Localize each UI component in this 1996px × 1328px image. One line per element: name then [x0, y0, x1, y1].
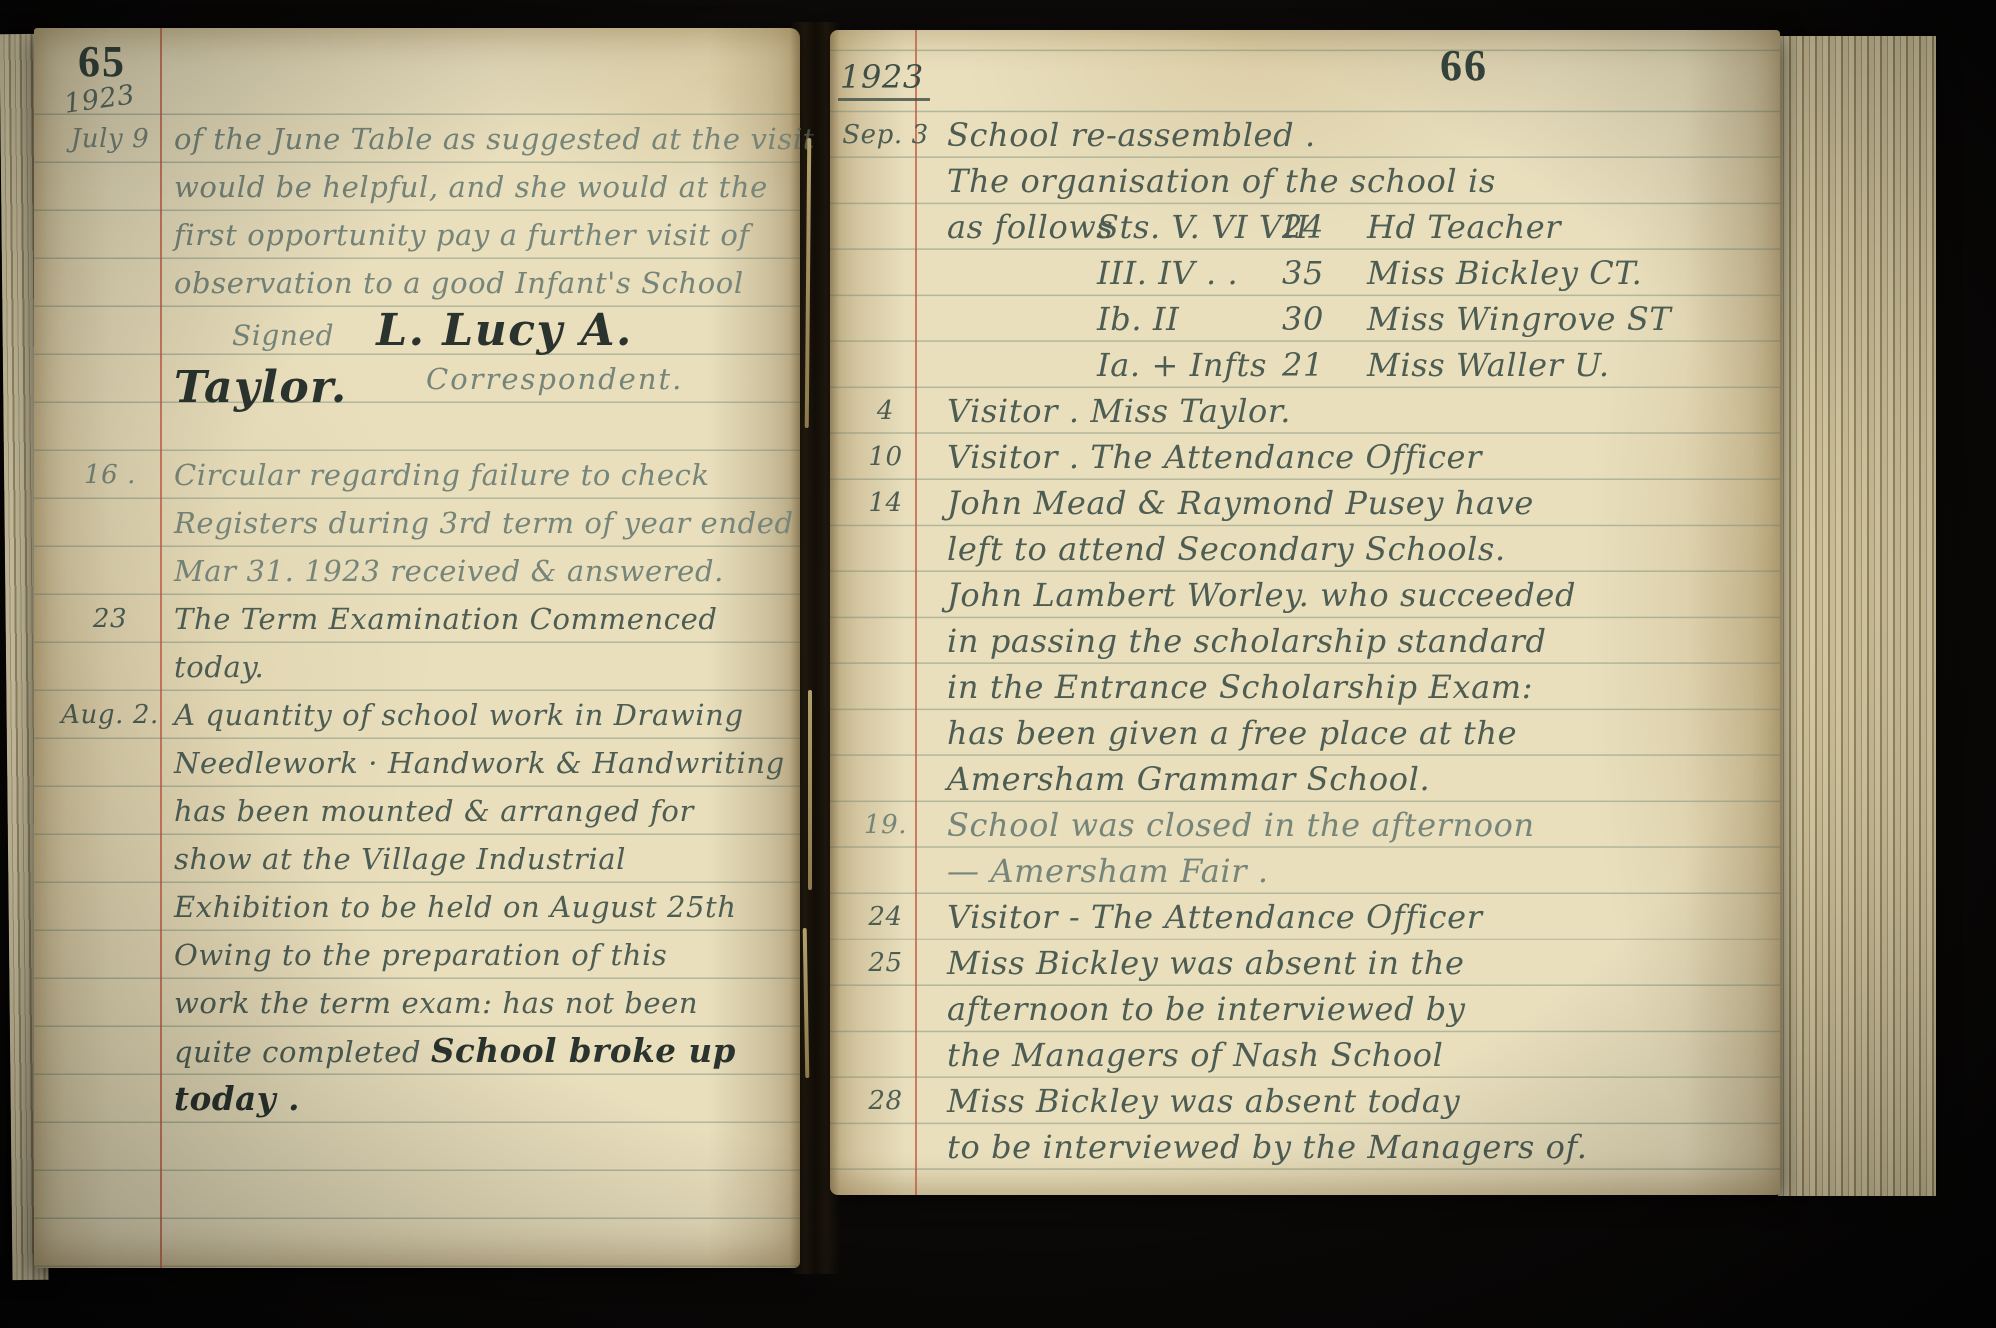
page-edges-right — [1778, 36, 1936, 1196]
entry-line: John Lambert Worley. who succeeded — [947, 572, 1762, 618]
entry-date: 10 — [838, 434, 933, 480]
entry-line: John Mead & Raymond Pusey have — [947, 480, 1762, 526]
entry-line: in passing the scholarship standard — [947, 618, 1762, 664]
binding-thread — [808, 690, 812, 890]
organisation-row: as followsSts. V. VI VII24Hd Teacher — [947, 204, 1762, 250]
entry-line: Exhibition to be held on August 25th — [174, 883, 774, 931]
entry-date: 24 — [838, 894, 933, 940]
entry-line: Needlework · Handwork & Handwriting — [174, 739, 774, 787]
logbook-page-left: 65 1923 July 9of the June Table as sugge… — [34, 28, 800, 1268]
logbook-page-right: 66 1923 Sep. 3School re-assembled .The o… — [830, 30, 1780, 1195]
class-standards: III. IV . . — [1097, 250, 1282, 296]
logbook-entry: SignedL. Lucy A. Taylor.Correspondent. — [60, 307, 774, 403]
entry-line: School was closed in the afternoon — [947, 802, 1762, 848]
entry-line: has been mounted & arranged for — [174, 787, 774, 835]
entry-line: show at the Village Industrial — [174, 835, 774, 883]
pupil-count: 30 — [1282, 296, 1367, 342]
entry-line: Mar 31. 1923 received & answered. — [174, 547, 774, 595]
class-standards: Ib. II — [1097, 296, 1282, 342]
photo-background: 65 1923 July 9of the June Table as sugge… — [0, 0, 1996, 1328]
logbook-entry: 25Miss Bickley was absent in theafternoo… — [838, 940, 1762, 1078]
page-number: 66 — [1440, 40, 1488, 91]
organisation-row: Ib. II30Miss Wingrove ST — [947, 296, 1762, 342]
entry-line: Miss Bickley was absent today — [947, 1078, 1762, 1124]
year-note: 1923 — [62, 79, 137, 120]
entry-line: Visitor . The Attendance Officer — [947, 434, 1762, 480]
entry-line: in the Entrance Scholarship Exam: — [947, 664, 1762, 710]
left-page-entries: July 9of the June Table as suggested at … — [60, 115, 774, 1123]
entry-date: 14 — [838, 480, 933, 526]
entry-date: 25 — [838, 940, 933, 986]
entry-body: SignedL. Lucy A. Taylor.Correspondent. — [160, 307, 774, 403]
right-page-entries: Sep. 3School re-assembled .The organisat… — [838, 112, 1762, 1170]
entry-body: The Term Examination Commencedtoday. — [160, 595, 774, 691]
logbook-entry: 19.School was closed in the afternoon— A… — [838, 802, 1762, 894]
entry-body: Visitor . Miss Taylor. — [933, 388, 1762, 434]
entry-body: School re-assembled .The organisation of… — [933, 112, 1762, 388]
entry-line: Miss Bickley was absent in the — [947, 940, 1762, 986]
entry-date: July 9 — [60, 115, 160, 163]
logbook-entry: 16 .Circular regarding failure to checkR… — [60, 451, 774, 595]
entry-segment: School broke up — [431, 1032, 736, 1070]
entry-body: Miss Bickley was absent in theafternoon … — [933, 940, 1762, 1078]
entry-body: of the June Table as suggested at the vi… — [160, 115, 774, 307]
entry-body: A quantity of school work in DrawingNeed… — [160, 691, 774, 1123]
entry-line: Visitor . Miss Taylor. — [947, 388, 1762, 434]
entry-line: of the June Table as suggested at the vi… — [174, 115, 774, 163]
entry-date: 28 — [838, 1078, 933, 1124]
entry-line: today . — [174, 1075, 774, 1123]
entry-line: left to attend Secondary Schools. — [947, 526, 1762, 572]
entry-body: Visitor - The Attendance Officer — [933, 894, 1762, 940]
logbook-entry: 28Miss Bickley was absent todayto be int… — [838, 1078, 1762, 1170]
entry-line: The organisation of the school is — [947, 158, 1762, 204]
signed-label: Signed — [232, 319, 334, 352]
entry-line: to be interviewed by the Managers of. — [947, 1124, 1762, 1170]
teacher-name: Miss Wingrove ST — [1367, 300, 1671, 338]
organisation-row: III. IV . .35Miss Bickley CT. — [947, 250, 1762, 296]
logbook-entry: 24Visitor - The Attendance Officer — [838, 894, 1762, 940]
page-number: 65 — [78, 36, 126, 87]
entry-line: Circular regarding failure to check — [174, 451, 774, 499]
entry-date: Aug. 2. — [60, 691, 160, 739]
entry-line: Owing to the preparation of this — [174, 931, 774, 979]
entry-line: first opportunity pay a further visit of — [174, 211, 774, 259]
entry-line: work the term exam: has not been — [174, 979, 774, 1027]
year-heading: 1923 — [838, 58, 930, 101]
entry-body: Miss Bickley was absent todayto be inter… — [933, 1078, 1762, 1170]
entry-line: observation to a good Infant's School — [174, 259, 774, 307]
organisation-row: Ia. + Infts21Miss Waller U. — [947, 342, 1762, 388]
class-standards: Sts. V. VI VII — [1097, 204, 1282, 250]
org-row-prefix: as follows — [947, 204, 1097, 250]
logbook-entry: 4Visitor . Miss Taylor. — [838, 388, 1762, 434]
class-standards: Ia. + Infts — [1097, 342, 1282, 388]
entry-line: has been given a free place at the — [947, 710, 1762, 756]
logbook-entry: Aug. 2.A quantity of school work in Draw… — [60, 691, 774, 1123]
entry-date: 16 . — [60, 451, 160, 499]
entry-line: quite completed School broke up — [174, 1027, 774, 1075]
entry-line: School re-assembled . — [947, 112, 1762, 158]
logbook-entry: July 9of the June Table as suggested at … — [60, 115, 774, 307]
entry-line: today. — [174, 643, 774, 691]
entry-segment: today . — [174, 1080, 300, 1118]
pupil-count: 35 — [1282, 250, 1367, 296]
logbook-entry: 10Visitor . The Attendance Officer — [838, 434, 1762, 480]
entry-segment: quite completed — [174, 1035, 431, 1069]
entry-line: Amersham Grammar School. — [947, 756, 1762, 802]
teacher-name: Miss Bickley CT. — [1367, 254, 1642, 292]
entry-line: afternoon to be interviewed by — [947, 986, 1762, 1032]
entry-date: Sep. 3 — [838, 112, 933, 158]
entry-body: Visitor . The Attendance Officer — [933, 434, 1762, 480]
entry-line: — Amersham Fair . — [947, 848, 1762, 894]
entry-line: Visitor - The Attendance Officer — [947, 894, 1762, 940]
entry-body: John Mead & Raymond Pusey haveleft to at… — [933, 480, 1762, 802]
entry-date: 23 — [60, 595, 160, 643]
entry-body: School was closed in the afternoon— Amer… — [933, 802, 1762, 894]
entry-line: The Term Examination Commenced — [174, 595, 774, 643]
logbook-entry: 14John Mead & Raymond Pusey haveleft to … — [838, 480, 1762, 802]
teacher-name: Hd Teacher — [1367, 208, 1561, 246]
entry-line: the Managers of Nash School — [947, 1032, 1762, 1078]
entry-date: 19. — [838, 802, 933, 848]
entry-line: A quantity of school work in Drawing — [174, 691, 774, 739]
entry-body: Circular regarding failure to checkRegis… — [160, 451, 774, 595]
logbook-entry: 23The Term Examination Commencedtoday. — [60, 595, 774, 691]
pupil-count: 21 — [1282, 342, 1367, 388]
entry-line: Registers during 3rd term of year ended — [174, 499, 774, 547]
entry-line: would be helpful, and she would at the — [174, 163, 774, 211]
entry-date: 4 — [838, 388, 933, 434]
teacher-name: Miss Waller U. — [1367, 346, 1610, 384]
logbook-entry: Sep. 3School re-assembled .The organisat… — [838, 112, 1762, 388]
pupil-count: 24 — [1282, 204, 1367, 250]
signature-line: SignedL. Lucy A. Taylor. — [174, 307, 774, 355]
book-spine-gutter — [790, 22, 840, 1274]
